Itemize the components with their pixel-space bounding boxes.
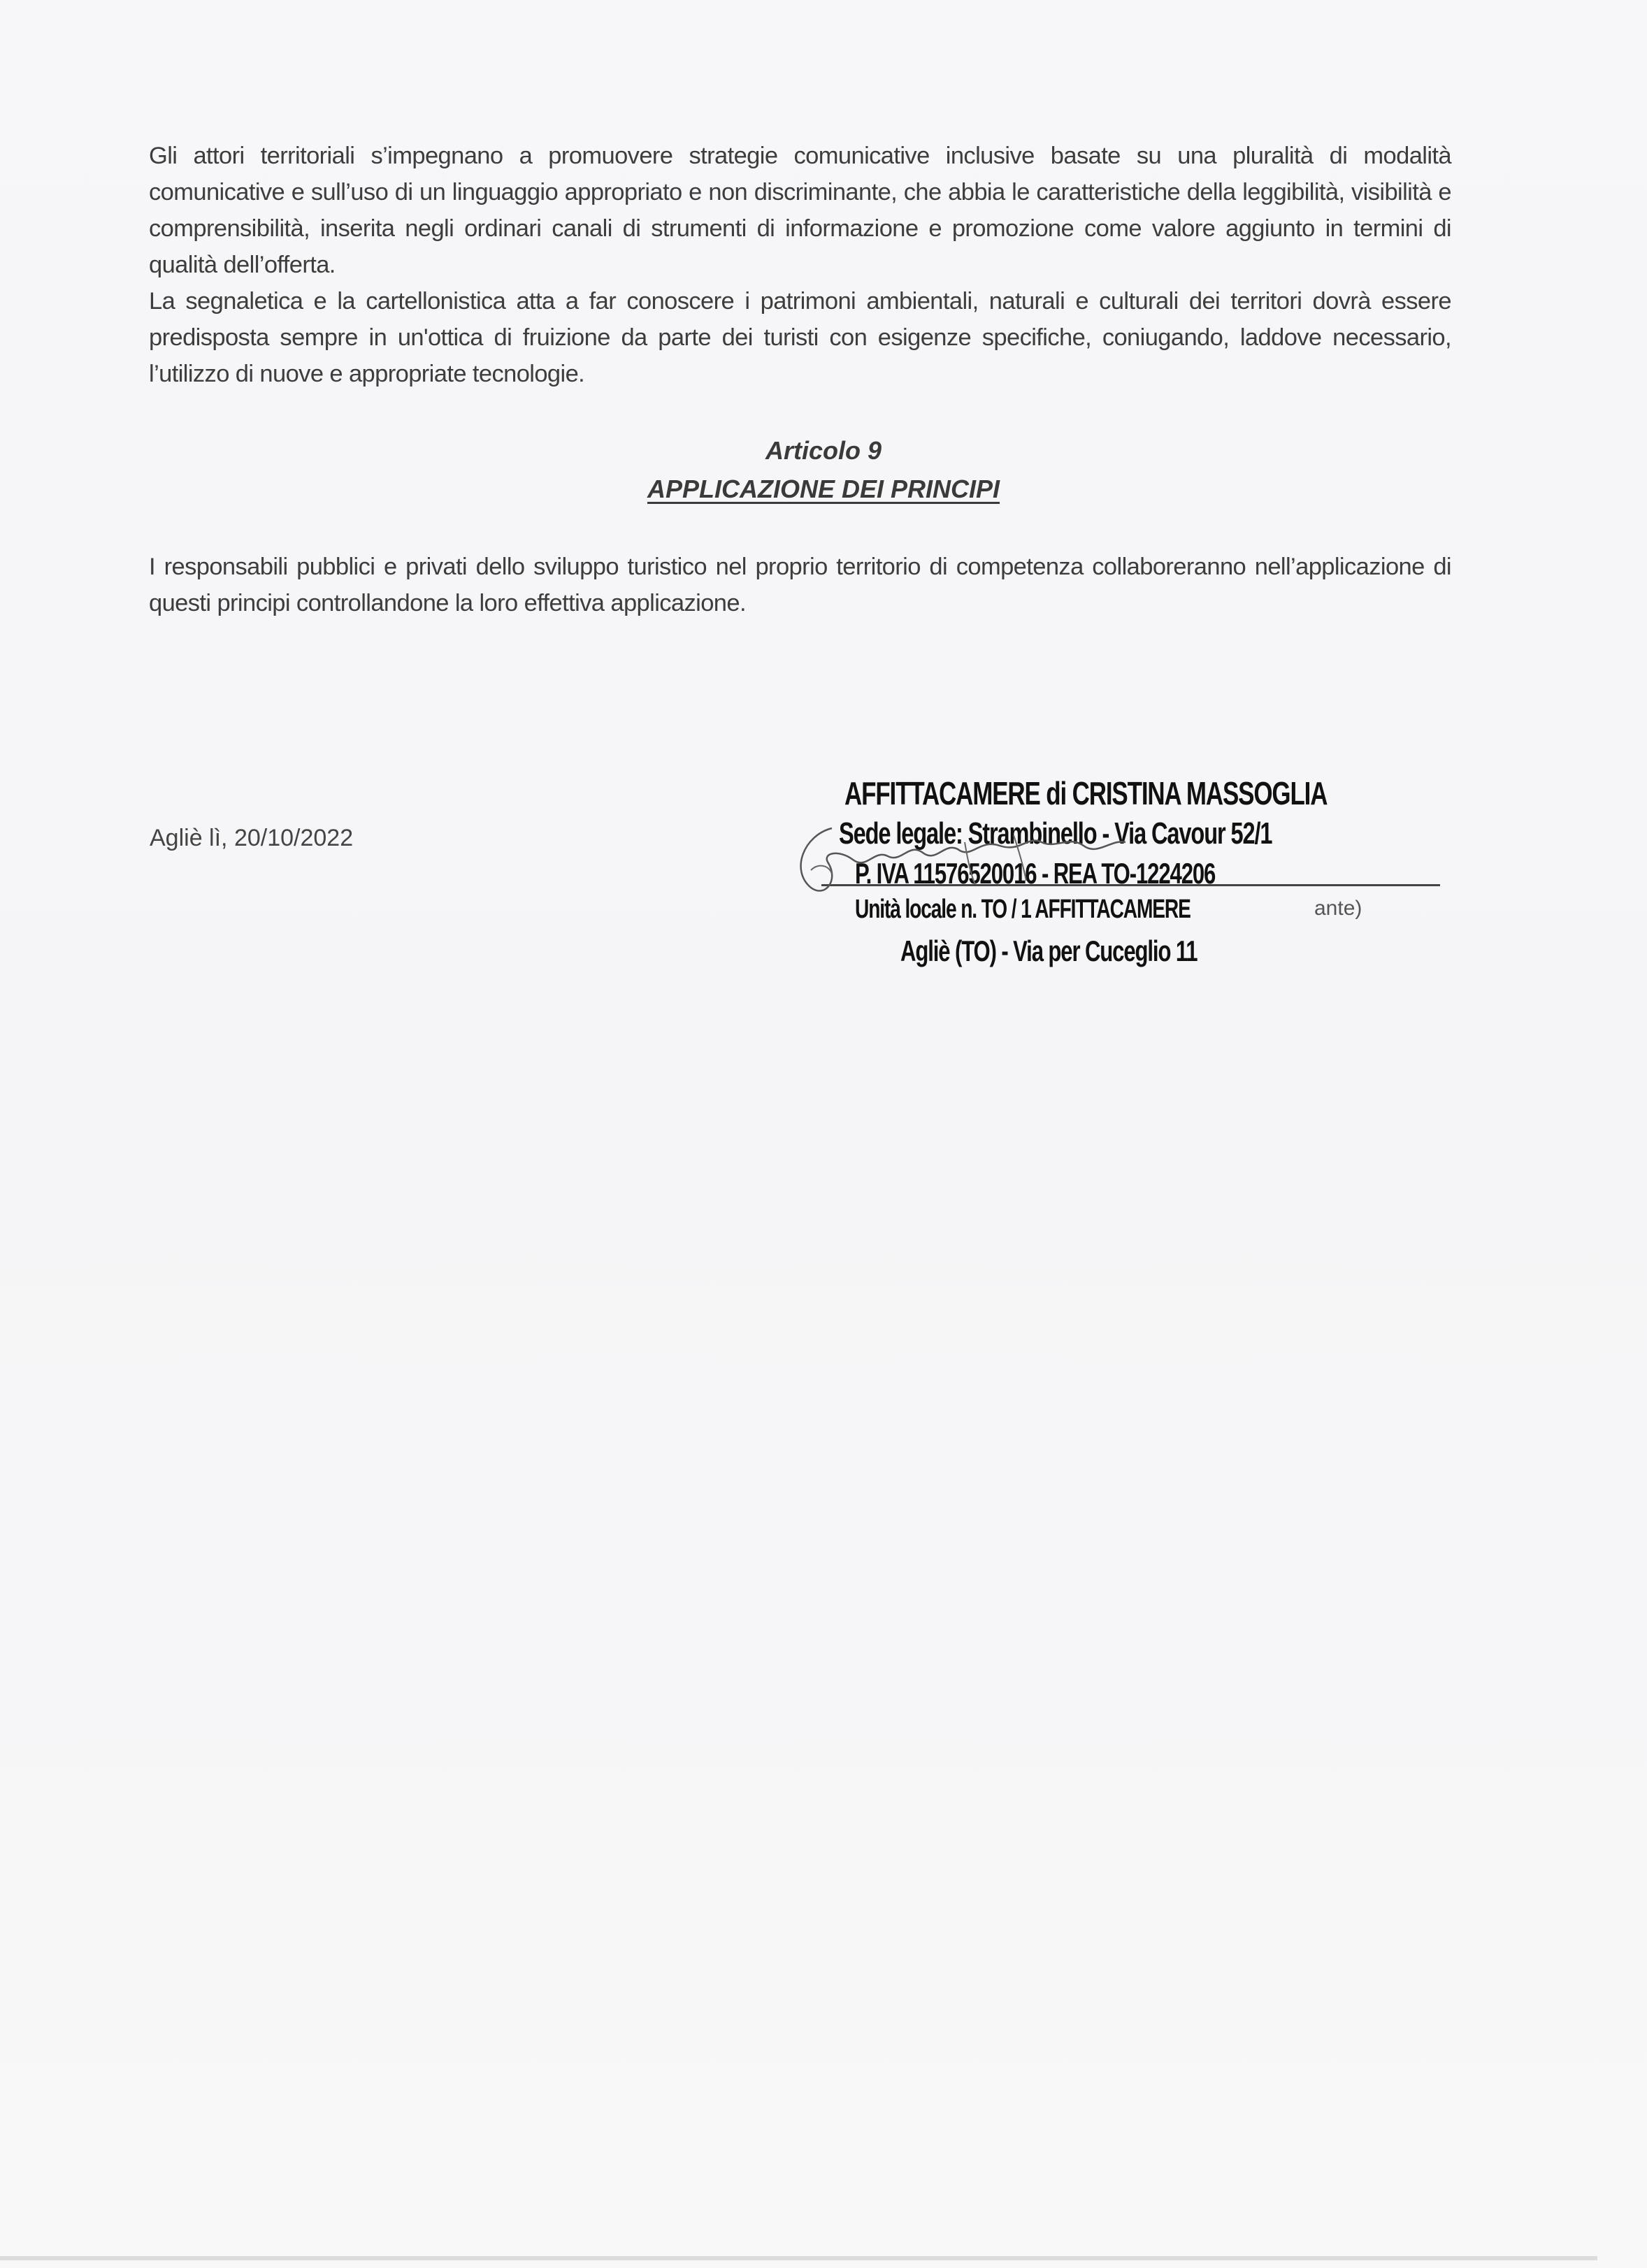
place-date: Agliè lì, 20/10/2022	[150, 823, 353, 853]
article-number: Articolo 9	[0, 433, 1647, 468]
handwritten-signature-icon	[790, 821, 1279, 905]
paragraph-application: I responsabili pubblici e privati dello …	[149, 549, 1451, 621]
body-section-article: I responsabili pubblici e privati dello …	[149, 549, 1451, 621]
body-section-top: Gli attori territoriali s’impegnano a pr…	[149, 138, 1451, 392]
stamp-company-name: AFFITTACAMERE di CRISTINA MASSOGLIA	[844, 774, 1327, 812]
paragraph-signage: La segnaletica e la cartellonistica atta…	[149, 283, 1451, 392]
article-title: APPLICAZIONE DEI PRINCIPI	[0, 472, 1647, 507]
paragraph-inclusive-communication: Gli attori territoriali s’impegnano a pr…	[149, 138, 1451, 283]
article-title-text: APPLICAZIONE DEI PRINCIPI	[647, 475, 1000, 503]
document-page: Gli attori territoriali s’impegnano a pr…	[0, 0, 1647, 2268]
page-bottom-edge	[0, 2256, 1597, 2260]
stamp-address: Agliè (TO) - Via per Cuceglio 11	[900, 934, 1197, 968]
signature-caption: ante)	[1314, 897, 1362, 920]
